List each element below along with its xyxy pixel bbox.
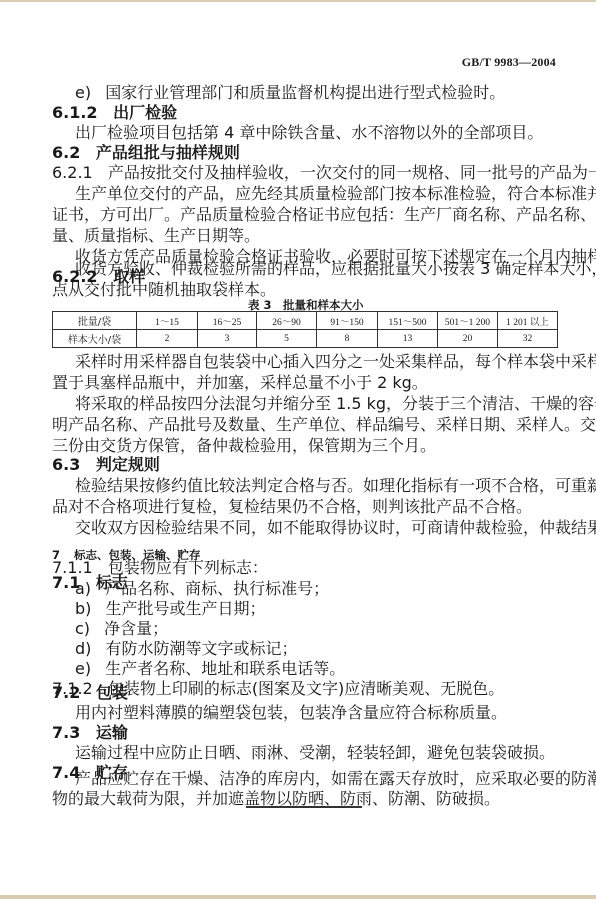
paragraph: 交收双方因检验结果不同，如不能取得协议时，可商请仲裁检验，仲裁结果为最后依据。: [75, 521, 596, 535]
list-text: 生产者名称、地址和联系电话等。: [105, 659, 345, 678]
table-cell: 32: [498, 330, 558, 348]
clause-text: 产品按批交付及抽样验收，一次交付的同一规格、同一批号的产品为一交付批。: [108, 163, 596, 182]
list-marker: b): [75, 599, 91, 618]
heading-title: 出厂检验: [113, 103, 177, 122]
page-top-edge: [0, 0, 596, 2]
heading-6-1-2: 6.1.2 出厂检验: [52, 106, 177, 120]
clause-6-2-1: 6.2.1 产品按批交付及抽样验收，一次交付的同一规格、同一批号的产品为一交付批…: [52, 166, 596, 180]
clause-text: 包装物应有下列标志：: [108, 558, 268, 577]
table-cell: 8: [317, 330, 378, 348]
list-text: 净含量；: [104, 619, 168, 638]
table-cell: 3: [198, 330, 257, 348]
paragraph: 出厂检验项目包括第 4 章中除铁含量、水不溶物以外的全部项目。: [75, 126, 543, 140]
paragraph-line: 物的最大载荷为限，并加遮盖物以防晒、防雨、防潮、防破损。: [52, 792, 500, 806]
list-item: c) 净含量；: [75, 622, 168, 636]
table-cell: 20: [438, 330, 498, 348]
table-cell: 5: [257, 330, 317, 348]
page-bottom-edge: [0, 895, 596, 899]
paragraph: 运输过程中应防止日晒、雨淋、受潮，轻装轻卸，避免包装袋破损。: [75, 746, 555, 760]
table-cell: 16～25: [198, 312, 257, 330]
list-item: a) 产品名称、商标、执行标准号；: [75, 582, 329, 596]
paragraph-line: 点从交付批中随机抽取袋样本。: [52, 283, 276, 297]
paragraph-line: 采样时用采样器自包装袋中心插入四分之一处采集样品，每个样本袋中采样量应相近，样品…: [75, 355, 596, 369]
heading-number: 7.2: [52, 683, 80, 702]
list-marker: e): [75, 83, 91, 102]
paragraph-line: 产品应贮存在干燥、洁净的库房内，如需在露天存放时，应采取必要的防潮措施，垛高以不…: [75, 772, 596, 786]
table-cell: 1 201 以上: [498, 312, 558, 330]
heading-7-2: 7.2 包装: [52, 686, 128, 700]
list-item: b) 生产批号或生产日期；: [75, 602, 266, 616]
table-cell: 151～500: [378, 312, 438, 330]
heading-title: 运输: [96, 723, 128, 742]
paragraph-line: 置于具塞样品瓶中，并加塞，采样总量不小于 2 kg。: [52, 376, 428, 390]
heading-number: 6.2: [52, 143, 80, 162]
paragraph-line: 将采取的样品按四分法混匀并缩分至 1.5 kg，分装于三个清洁、干燥的容器中，签…: [75, 397, 596, 411]
heading-6-2: 6.2 产品组批与抽样规则: [52, 146, 240, 160]
row-header: 样本大小/袋: [53, 330, 137, 348]
list-text: 有防水防潮等文字或标记；: [106, 639, 298, 658]
table-cell: 26～90: [257, 312, 317, 330]
clause-number: 6.2.1: [52, 163, 93, 182]
paragraph-line: 生产单位交付的产品，应先经其质量检验部门按本标准检验，符合本标准并出具产品质量检…: [75, 187, 596, 201]
paragraph-line: 明产品名称、产品批号及数量、生产单位、样品编号、采样日期、采样人。交收双方各持一…: [52, 418, 596, 432]
table-cell: 1～15: [137, 312, 198, 330]
list-item: e) 生产者名称、地址和联系电话等。: [75, 662, 345, 676]
heading-number: 7.3: [52, 723, 80, 742]
heading-7-3: 7.3 运输: [52, 726, 128, 740]
clause-number: 7.1.1: [52, 558, 93, 577]
list-text: 生产批号或生产日期；: [106, 599, 266, 618]
list-item: e) 国家行业管理部门和质量监督机构提出进行型式检验时。: [75, 86, 505, 100]
list-marker: d): [75, 639, 91, 658]
table-cell: 501～1 200: [438, 312, 498, 330]
paragraph: 用内衬塑料薄膜的编塑袋包装，包装净含量应符合标称质量。: [75, 706, 507, 720]
end-of-standard-rule: [246, 806, 362, 808]
heading-6-3: 6.3 判定规则: [52, 458, 160, 472]
clause-7-1-1: 7.1.1 包装物应有下列标志：: [52, 561, 268, 575]
standard-code: GB/T 9983—2004: [462, 55, 556, 70]
row-header: 批量/袋: [53, 312, 137, 330]
paragraph-line: 品对不合格项进行复检，复检结果仍不合格，则判该批产品不合格。: [52, 500, 532, 514]
paragraph-line: 检验结果按修约值比较法判定合格与否。如理化指标有一项不合格，可重新取两倍袋样本采…: [75, 479, 596, 493]
table-cell: 91～150: [317, 312, 378, 330]
paragraph-line: 收货方验收、仲裁检验所需的样品，应根据批量大小按表 3 确定样本大小，交收双方会…: [75, 262, 596, 276]
heading-number: 6.3: [52, 455, 80, 474]
heading-title: 包装: [96, 683, 128, 702]
heading-number: 6.1.2: [52, 103, 98, 122]
table-cell: 2: [137, 330, 198, 348]
batch-sample-size-table: 批量/袋 1～15 16～25 26～90 91～150 151～500 501…: [52, 311, 558, 348]
table-row: 样本大小/袋 2 3 5 8 13 20 32: [53, 330, 558, 348]
list-marker: c): [75, 619, 90, 638]
list-marker: a): [75, 579, 91, 598]
paragraph-line: 三份由交货方保管，备仲裁检验用，保管期为三个月。: [52, 439, 436, 453]
paragraph-line: 量、质量指标、生产日期等。: [52, 229, 260, 243]
list-item: d) 有防水防潮等文字或标记；: [75, 642, 298, 656]
heading-title: 产品组批与抽样规则: [96, 143, 240, 162]
heading-title: 判定规则: [96, 455, 160, 474]
list-text: 产品名称、商标、执行标准号；: [105, 579, 329, 598]
clause-text: 包装物上印刷的标志(图案及文字)应清晰美观、无脱色。: [108, 679, 505, 698]
list-marker: e): [75, 659, 91, 678]
table-cell: 13: [378, 330, 438, 348]
list-text: 国家行业管理部门和质量监督机构提出进行型式检验时。: [105, 83, 505, 102]
table-row: 批量/袋 1～15 16～25 26～90 91～150 151～500 501…: [53, 312, 558, 330]
paragraph-line: 证书，方可出厂。产品质量检验合格证书应包括：生产厂商名称、产品名称、商标、本标准…: [52, 208, 596, 222]
